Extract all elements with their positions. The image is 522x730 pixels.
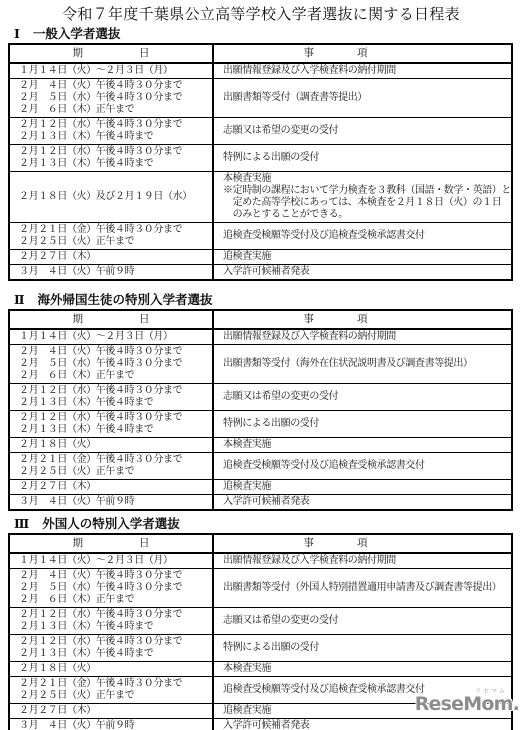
table-row: ２月１２日（水）午後４時３０分まで２月１３日（木）午後４時まで志願又は希望の変更… bbox=[10, 383, 511, 410]
header-char: 項 bbox=[357, 537, 368, 550]
item-cell: 出願書類等受付（調査書等提出） bbox=[214, 79, 511, 117]
item-line: 本検査実施 bbox=[223, 173, 508, 185]
date-line: ２月 ６日（木）正午まで bbox=[19, 104, 206, 116]
date-line: ３月 ４日（火）午前９時 bbox=[19, 266, 206, 278]
date-line: ３月 ４日（火）午前９時 bbox=[19, 496, 206, 508]
item-cell: 特例による出願の受付 bbox=[214, 411, 511, 437]
date-line: ２月 ４日（火）午後４時３０分まで bbox=[19, 570, 206, 582]
item-column-header: 事項 bbox=[187, 535, 484, 552]
date-cell: ２月 ４日（火）午後４時３０分まで２月 ５日（水）午後４時３０分まで２月 ６日（… bbox=[10, 569, 214, 607]
table-header-row: 期日事項 bbox=[10, 45, 511, 63]
date-column-header: 期日 bbox=[10, 45, 214, 62]
item-cell: 追検査受検願等受付及び追検査受検承認書交付 bbox=[214, 453, 511, 479]
date-cell: ２月１２日（水）午後４時３０分まで２月１３日（木）午後４時まで bbox=[10, 118, 214, 144]
date-cell: ２月２１日（金）午後４時３０分まで２月２５日（火）正午まで bbox=[10, 677, 214, 703]
table-row: ２月２７日（木）追検査実施 bbox=[10, 249, 511, 264]
item-cell: 追検査受検願等受付及び追検査受検承認書交付 bbox=[214, 223, 511, 249]
date-line: ２月 ４日（火）午後４時３０分まで bbox=[19, 346, 206, 358]
date-cell: ２月２１日（金）午後４時３０分まで２月２５日（火）正午まで bbox=[10, 453, 214, 479]
date-line: ２月 ４日（火）午後４時３０分まで bbox=[19, 80, 206, 92]
header-char: 期 bbox=[73, 47, 84, 60]
date-line: ２月１２日（水）午後４時３０分まで bbox=[19, 146, 206, 158]
date-line: ２月１３日（木）午後４時まで bbox=[19, 131, 206, 143]
table-row: ２月１２日（水）午後４時３０分まで２月１３日（木）午後４時まで特例による出願の受… bbox=[10, 144, 511, 171]
item-line: 本検査実施 bbox=[223, 663, 508, 675]
date-cell: ２月２１日（金）午後４時３０分まで２月２５日（火）正午まで bbox=[10, 223, 214, 249]
table-row: １月１４日（火）～２月３日（月）出願情報登録及び入学検査料の納付期間 bbox=[10, 329, 511, 344]
schedule-table-overseas-returnees: 期日事項１月１４日（火）～２月３日（月）出願情報登録及び入学検査料の納付期間２月… bbox=[8, 309, 513, 511]
item-line: 志願又は希望の変更の受付 bbox=[223, 125, 508, 137]
table-row: ２月２１日（金）午後４時３０分まで２月２５日（火）正午まで追検査受検願等受付及び… bbox=[10, 676, 511, 703]
document-page: 令和７年度千葉県公立高等学校入学者選抜に関する日程表 Ⅰ 一般入学者選抜 期日事… bbox=[0, 0, 522, 730]
date-line: ２月１２日（水）午後４時３０分まで bbox=[19, 636, 206, 648]
header-char: 項 bbox=[357, 313, 368, 326]
date-cell: ２月１２日（水）午後４時３０分まで２月１３日（木）午後４時まで bbox=[10, 608, 214, 634]
schedule-table-foreign-students: 期日事項１月１４日（火）～２月３日（月）出願情報登録及び入学検査料の納付期間２月… bbox=[8, 533, 513, 730]
date-line: ２月１８日（火）及び２月１９日（水） bbox=[19, 191, 206, 203]
header-char: 日 bbox=[139, 313, 150, 326]
table-row: ２月 ４日（火）午後４時３０分まで２月 ５日（水）午後４時３０分まで２月 ６日（… bbox=[10, 568, 511, 607]
date-line: ２月 ６日（木）正午まで bbox=[19, 370, 206, 382]
item-cell: 出願情報登録及び入学検査料の納付期間 bbox=[214, 554, 511, 568]
date-cell: １月１４日（火）～２月３日（月） bbox=[10, 554, 214, 568]
date-cell: ２月１２日（水）午後４時３０分まで２月１３日（木）午後４時まで bbox=[10, 384, 214, 410]
table-row: ２月１２日（水）午後４時３０分まで２月１３日（木）午後４時まで志願又は希望の変更… bbox=[10, 607, 511, 634]
item-cell: 入学許可候補者発表 bbox=[214, 495, 511, 509]
table-header-row: 期日事項 bbox=[10, 311, 511, 329]
item-line: 出願情報登録及び入学検査料の納付期間 bbox=[223, 331, 508, 343]
table-row: ２月１２日（水）午後４時３０分まで２月１３日（木）午後４時まで志願又は希望の変更… bbox=[10, 117, 511, 144]
table-row: ２月 ４日（火）午後４時３０分まで２月 ５日（水）午後４時３０分まで２月 ６日（… bbox=[10, 344, 511, 383]
header-char: 期 bbox=[73, 313, 84, 326]
date-cell: ３月 ４日（火）午前９時 bbox=[10, 265, 214, 279]
item-cell: 本検査実施 bbox=[214, 662, 511, 676]
section-heading: Ⅰ 一般入学者選抜 bbox=[14, 26, 522, 41]
date-line: １月１４日（火）～２月３日（月） bbox=[19, 555, 206, 567]
date-cell: ２月１２日（水）午後４時３０分まで２月１３日（木）午後４時まで bbox=[10, 411, 214, 437]
item-line: 定めた高等学校にあっては、本検査を２月１８日（火）の１日 bbox=[223, 197, 508, 209]
item-line: 追検査受検願等受付及び追検査受検承認書交付 bbox=[223, 460, 508, 472]
date-line: ２月２１日（金）午後４時３０分まで bbox=[19, 454, 206, 466]
item-cell: 本検査実施※定時制の課程において学力検査を３教科（国語・数学・英語）と 定めた高… bbox=[214, 172, 511, 222]
item-cell: 出願書類等受付（海外在住状況説明書及び調査書等提出） bbox=[214, 345, 511, 383]
date-line: ３月 ４日（火）午前９時 bbox=[19, 720, 206, 730]
date-line: １月１４日（火）～２月３日（月） bbox=[19, 65, 206, 77]
item-line: 入学許可候補者発表 bbox=[223, 496, 508, 508]
table-row: ２月２７日（木）追検査実施 bbox=[10, 703, 511, 718]
section-title: 外国人の特別入学者選抜 bbox=[42, 516, 180, 531]
table-row: ２月２１日（金）午後４時３０分まで２月２５日（火）正午まで追検査受検願等受付及び… bbox=[10, 222, 511, 249]
date-line: ２月 ６日（木）正午まで bbox=[19, 594, 206, 606]
date-cell: ２月２７日（木） bbox=[10, 480, 214, 494]
table-row: １月１４日（火）～２月３日（月）出願情報登録及び入学検査料の納付期間 bbox=[10, 553, 511, 568]
table-row: ２月１２日（水）午後４時３０分まで２月１３日（木）午後４時まで特例による出願の受… bbox=[10, 634, 511, 661]
date-line: ２月１３日（木）午後４時まで bbox=[19, 424, 206, 436]
header-char: 事 bbox=[304, 313, 315, 326]
item-line: 入学許可候補者発表 bbox=[223, 720, 508, 730]
item-line: 特例による出願の受付 bbox=[223, 152, 508, 164]
date-cell: ２月１８日（火） bbox=[10, 662, 214, 676]
item-cell: 特例による出願の受付 bbox=[214, 145, 511, 171]
date-line: ２月 ５日（水）午後４時３０分まで bbox=[19, 358, 206, 370]
item-cell: 特例による出願の受付 bbox=[214, 635, 511, 661]
section-overseas-returnees: Ⅱ 海外帰国生徒の特別入学者選抜 期日事項１月１４日（火）～２月３日（月）出願情… bbox=[8, 292, 522, 511]
section-numeral: Ⅲ bbox=[14, 516, 29, 531]
header-char: 日 bbox=[139, 537, 150, 550]
item-line: 出願情報登録及び入学検査料の納付期間 bbox=[223, 555, 508, 567]
date-line: ２月２７日（木） bbox=[19, 251, 206, 263]
date-cell: ２月２７日（木） bbox=[10, 250, 214, 264]
item-line: 追検査実施 bbox=[223, 481, 508, 493]
table-row: ３月 ４日（火）午前９時入学許可候補者発表 bbox=[10, 264, 511, 279]
item-cell: 追検査実施 bbox=[214, 250, 511, 264]
date-line: ２月２５日（火）正午まで bbox=[19, 690, 206, 702]
item-line: 追検査実施 bbox=[223, 705, 508, 717]
table-row: ２月１８日（火）本検査実施 bbox=[10, 437, 511, 452]
item-cell: 追検査実施 bbox=[214, 704, 511, 718]
section-numeral: Ⅱ bbox=[14, 292, 25, 307]
item-line: 入学許可候補者発表 bbox=[223, 266, 508, 278]
item-line: ※定時制の課程において学力検査を３教科（国語・数学・英語）と bbox=[223, 185, 508, 197]
date-line: ２月１２日（水）午後４時３０分まで bbox=[19, 385, 206, 397]
date-line: ２月 ５日（水）午後４時３０分まで bbox=[19, 92, 206, 104]
item-line: 出願書類等受付（調査書等提出） bbox=[223, 92, 508, 104]
item-line: 志願又は希望の変更の受付 bbox=[223, 391, 508, 403]
date-cell: ２月２７日（木） bbox=[10, 704, 214, 718]
item-cell: 入学許可候補者発表 bbox=[214, 265, 511, 279]
table-row: ２月１８日（火）及び２月１９日（水）本検査実施※定時制の課程において学力検査を３… bbox=[10, 171, 511, 222]
section-foreign-students: Ⅲ 外国人の特別入学者選抜 期日事項１月１４日（火）～２月３日（月）出願情報登録… bbox=[8, 516, 522, 730]
item-line: 本検査実施 bbox=[223, 439, 508, 451]
date-column-header: 期日 bbox=[10, 535, 214, 552]
item-line: 追検査受検願等受付及び追検査受検承認書交付 bbox=[223, 684, 508, 696]
section-heading: Ⅲ 外国人の特別入学者選抜 bbox=[14, 516, 522, 531]
item-line: 追検査受検願等受付及び追検査受検承認書交付 bbox=[223, 230, 508, 242]
item-cell: 入学許可候補者発表 bbox=[214, 719, 511, 730]
date-cell: １月１４日（火）～２月３日（月） bbox=[10, 64, 214, 78]
item-cell: 追検査実施 bbox=[214, 480, 511, 494]
date-cell: ２月１２日（水）午後４時３０分まで２月１３日（木）午後４時まで bbox=[10, 635, 214, 661]
date-cell: ３月 ４日（火）午前９時 bbox=[10, 495, 214, 509]
header-char: 事 bbox=[304, 47, 315, 60]
item-line: 追検査実施 bbox=[223, 251, 508, 263]
date-line: ２月１３日（木）午後４時まで bbox=[19, 621, 206, 633]
section-heading: Ⅱ 海外帰国生徒の特別入学者選抜 bbox=[14, 292, 522, 307]
table-row: ２月 ４日（火）午後４時３０分まで２月 ５日（水）午後４時３０分まで２月 ６日（… bbox=[10, 78, 511, 117]
schedule-table-general: 期日事項１月１４日（火）～２月３日（月）出願情報登録及び入学検査料の納付期間２月… bbox=[8, 43, 513, 281]
date-line: ２月１３日（木）午後４時まで bbox=[19, 397, 206, 409]
item-column-header: 事項 bbox=[187, 311, 484, 328]
date-line: ２月１３日（木）午後４時まで bbox=[19, 158, 206, 170]
date-column-header: 期日 bbox=[10, 311, 214, 328]
date-line: ２月１２日（水）午後４時３０分まで bbox=[19, 609, 206, 621]
table-row: ２月２１日（金）午後４時３０分まで２月２５日（火）正午まで追検査受検願等受付及び… bbox=[10, 452, 511, 479]
item-cell: 志願又は希望の変更の受付 bbox=[214, 118, 511, 144]
item-line: 特例による出願の受付 bbox=[223, 418, 508, 430]
table-row: ２月１２日（水）午後４時３０分まで２月１３日（木）午後４時まで特例による出願の受… bbox=[10, 410, 511, 437]
table-row: ３月 ４日（火）午前９時入学許可候補者発表 bbox=[10, 494, 511, 509]
date-line: ２月２５日（火）正午まで bbox=[19, 466, 206, 478]
date-cell: ２月 ４日（火）午後４時３０分まで２月 ５日（水）午後４時３０分まで２月 ６日（… bbox=[10, 345, 214, 383]
item-cell: 本検査実施 bbox=[214, 438, 511, 452]
date-cell: ２月 ４日（火）午後４時３０分まで２月 ５日（水）午後４時３０分まで２月 ６日（… bbox=[10, 79, 214, 117]
item-cell: 出願書類等受付（外国人特別措置適用申請書及び調査書等提出） bbox=[214, 569, 511, 607]
date-line: ２月１８日（火） bbox=[19, 439, 206, 451]
header-char: 日 bbox=[139, 47, 150, 60]
table-row: ３月 ４日（火）午前９時入学許可候補者発表 bbox=[10, 718, 511, 730]
date-line: ２月２７日（木） bbox=[19, 481, 206, 493]
item-cell: 出願情報登録及び入学検査料の納付期間 bbox=[214, 330, 511, 344]
date-line: ２月１２日（水）午後４時３０分まで bbox=[19, 412, 206, 424]
date-line: ２月２５日（火）正午まで bbox=[19, 236, 206, 248]
section-title: 海外帰国生徒の特別入学者選抜 bbox=[38, 292, 213, 307]
date-cell: ２月１２日（水）午後４時３０分まで２月１３日（木）午後４時まで bbox=[10, 145, 214, 171]
table-row: ２月２７日（木）追検査実施 bbox=[10, 479, 511, 494]
date-line: ２月１３日（木）午後４時まで bbox=[19, 648, 206, 660]
date-cell: １月１４日（火）～２月３日（月） bbox=[10, 330, 214, 344]
item-line: 出願書類等受付（外国人特別措置適用申請書及び調査書等提出） bbox=[223, 582, 508, 594]
item-cell: 志願又は希望の変更の受付 bbox=[214, 608, 511, 634]
date-line: ２月 ５日（水）午後４時３０分まで bbox=[19, 582, 206, 594]
date-cell: ２月１８日（火）及び２月１９日（水） bbox=[10, 172, 214, 222]
date-line: ２月２７日（木） bbox=[19, 705, 206, 717]
section-general-admission: Ⅰ 一般入学者選抜 期日事項１月１４日（火）～２月３日（月）出願情報登録及び入学… bbox=[8, 26, 522, 281]
item-line: 特例による出願の受付 bbox=[223, 642, 508, 654]
section-title: 一般入学者選抜 bbox=[33, 26, 121, 41]
date-line: ２月２１日（金）午後４時３０分まで bbox=[19, 224, 206, 236]
date-line: ２月２１日（金）午後４時３０分まで bbox=[19, 678, 206, 690]
item-column-header: 事項 bbox=[187, 45, 484, 62]
header-char: 事 bbox=[304, 537, 315, 550]
header-char: 期 bbox=[73, 537, 84, 550]
item-line: のみとすることができる。 bbox=[223, 209, 508, 221]
header-char: 項 bbox=[357, 47, 368, 60]
date-line: ２月１２日（水）午後４時３０分まで bbox=[19, 119, 206, 131]
item-line: 志願又は希望の変更の受付 bbox=[223, 615, 508, 627]
item-cell: 出願情報登録及び入学検査料の納付期間 bbox=[214, 64, 511, 78]
section-numeral: Ⅰ bbox=[14, 26, 20, 41]
date-line: １月１４日（火）～２月３日（月） bbox=[19, 331, 206, 343]
table-header-row: 期日事項 bbox=[10, 535, 511, 553]
item-cell: 追検査受検願等受付及び追検査受検承認書交付 bbox=[214, 677, 511, 703]
page-title: 令和７年度千葉県公立高等学校入学者選抜に関する日程表 bbox=[0, 0, 522, 23]
item-cell: 志願又は希望の変更の受付 bbox=[214, 384, 511, 410]
table-row: １月１４日（火）～２月３日（月）出願情報登録及び入学検査料の納付期間 bbox=[10, 63, 511, 78]
table-row: ２月１８日（火）本検査実施 bbox=[10, 661, 511, 676]
date-cell: ３月 ４日（火）午前９時 bbox=[10, 719, 214, 730]
date-cell: ２月１８日（火） bbox=[10, 438, 214, 452]
item-line: 出願情報登録及び入学検査料の納付期間 bbox=[223, 65, 508, 77]
item-line: 出願書類等受付（海外在住状況説明書及び調査書等提出） bbox=[223, 358, 508, 370]
date-line: ２月１８日（火） bbox=[19, 663, 206, 675]
